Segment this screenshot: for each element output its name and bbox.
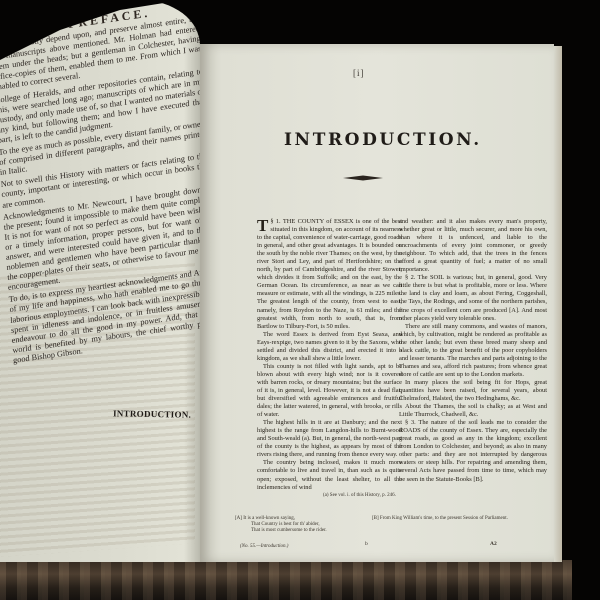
signature-mark-b: b — [365, 541, 368, 547]
left-page: PREFACE. which I greatly depend upon, an… — [0, 0, 200, 562]
introduction-title: INTRODUCTION. — [284, 130, 444, 150]
preface-text: PREFACE. which I greatly depend upon, an… — [0, 1, 200, 368]
signature-mark-a2: A2 — [490, 541, 497, 547]
paragraph: The country being inclosed, makes it muc… — [257, 459, 402, 491]
page-folio: [i] — [353, 68, 365, 78]
paragraph: This county is not filled with light san… — [257, 363, 402, 419]
footnote-B: [B] From King William's time, to the pre… — [372, 516, 547, 522]
text-column-right: and weather: and it also makes every man… — [399, 218, 547, 484]
paragraph: About the Thames, the soil is chalky; as… — [399, 403, 547, 419]
signature-note: (No. 55.—Introduction.) — [240, 544, 288, 549]
paragraph: § 2. The SOIL is various; but, in genera… — [399, 274, 547, 322]
paragraph: § 3. The nature of the soil leads me to … — [399, 419, 547, 483]
footnote-a: (a) See vol. i. of this History, p. 246. — [323, 493, 396, 498]
paragraph: The word Essex is derived from Eyst Seax… — [257, 331, 402, 363]
book-binding-edge — [0, 560, 572, 600]
drop-cap: T — [257, 219, 268, 233]
paragraph: T§ 1. THE COUNTY of ESSEX is one of the … — [257, 218, 402, 331]
paragraph: and weather: and it also makes every man… — [399, 218, 547, 274]
paragraph: In many places the soil being fit for Ho… — [399, 379, 547, 403]
paragraph: There are still many commons, and wastes… — [399, 323, 547, 379]
diamond-rule-ornament — [343, 175, 383, 181]
paragraph: The highest hills in it are at Danbury; … — [257, 419, 402, 459]
text-column-left: T§ 1. THE COUNTY of ESSEX is one of the … — [257, 218, 402, 492]
left-introduction-heading: INTRODUCTION. — [113, 408, 191, 419]
footnote-A: [A] It is a well-known saying, That Coun… — [235, 516, 327, 534]
page-edge — [554, 46, 562, 562]
